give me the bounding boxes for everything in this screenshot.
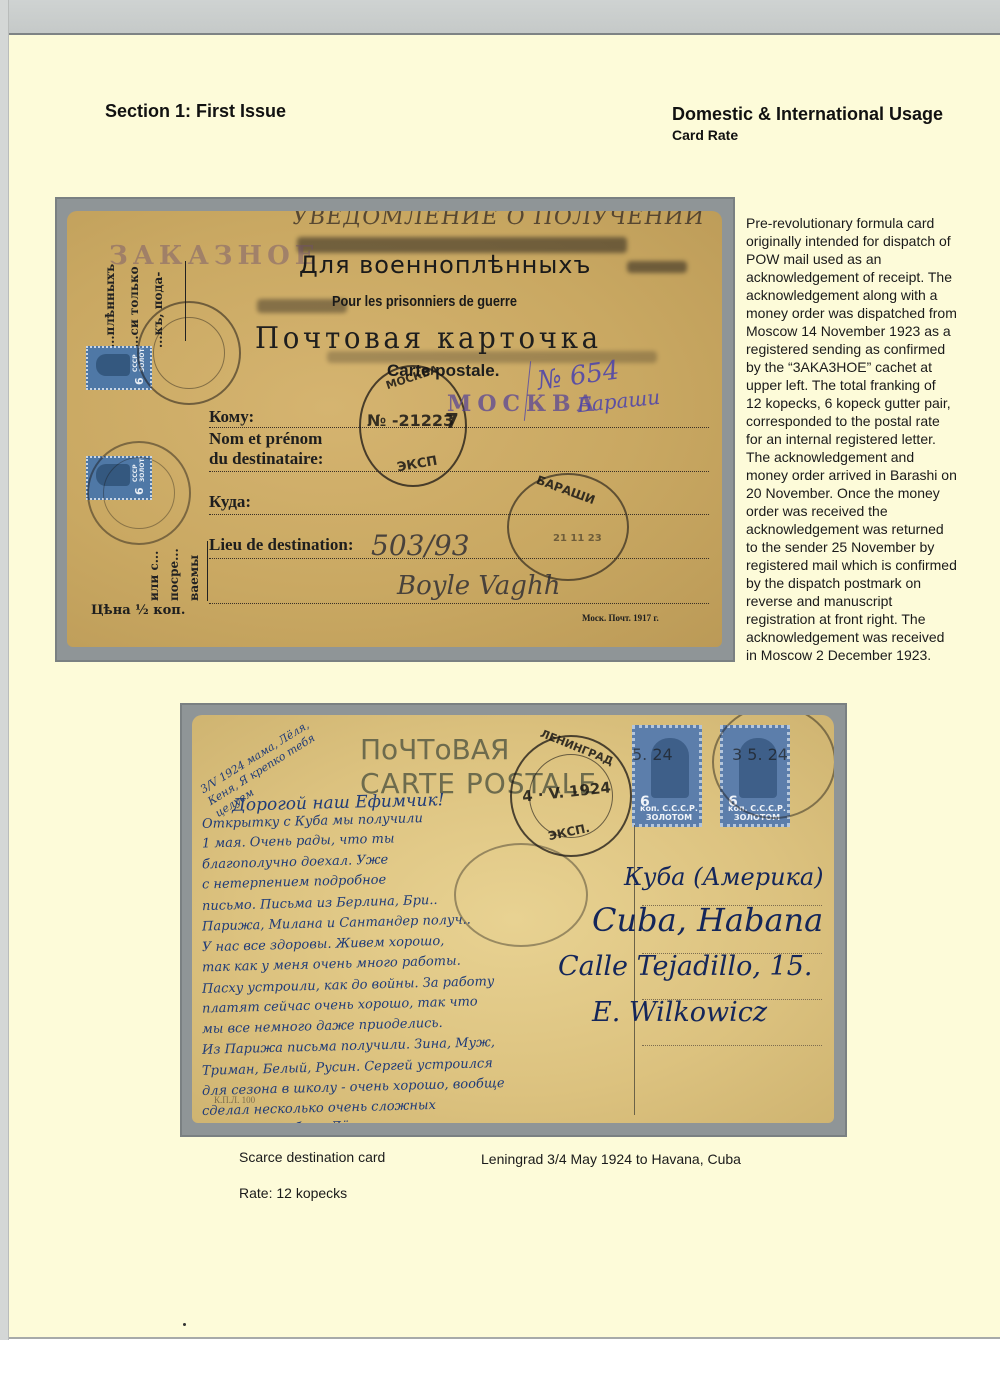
- card1-mount: УВЕДОМЛЕНИЕ О ПОЛУЧЕНИИ ЗАКАЗНОЕ ...плѣн…: [55, 197, 735, 662]
- field-dest: du destinataire:: [209, 449, 323, 469]
- address-line: [642, 1045, 822, 1046]
- card-title-ru: Почтовая карточка: [255, 321, 602, 356]
- description-line: reverse and manuscript: [746, 592, 982, 610]
- description-line: corresponded to the postal rate: [746, 412, 982, 430]
- description-line: registration at front right. The: [746, 610, 982, 628]
- description-line: in Moscow 2 December 1923.: [746, 646, 982, 664]
- field-komu: Кому:: [209, 407, 254, 427]
- overprint-text: УВЕДОМЛЕНИЕ О ПОЛУЧЕНИИ: [290, 211, 706, 230]
- address-line-text: Cuba, Habana: [592, 901, 823, 939]
- address-line-text: E. Wilkowicz: [592, 997, 767, 1028]
- description-line: to the sender 25 November by: [746, 538, 982, 556]
- manuscript-signature: Boyle Vaghh: [397, 571, 560, 601]
- vertical-text: или с...: [147, 541, 161, 601]
- description-line: order was received the: [746, 502, 982, 520]
- letter-line: мы все немного даже приоделись.: [202, 1015, 443, 1036]
- field-line: [209, 603, 709, 604]
- worker-figure-icon: [96, 354, 130, 376]
- address-line-text: Calle Tejadillo, 15.: [558, 951, 813, 982]
- page-speck: [183, 1323, 186, 1326]
- card2-mount: ПоЧТоВАЯ CARTE POSTALE 6 коп. С.С.С.Р. З…: [180, 703, 847, 1137]
- postmark-date: 21 11 23: [553, 533, 602, 544]
- letter-line: благополучно доехал. Уже: [202, 852, 389, 872]
- letter-line: Триман, Белый, Русин. Сергей устроился: [202, 1056, 493, 1079]
- description-line: registered sending as confirmed: [746, 340, 982, 358]
- description-line: 12 kopecks, 6 kopeck gutter pair,: [746, 394, 982, 412]
- heading-fr: Pour les prisonniers de guerre: [332, 293, 517, 310]
- postmark: [454, 843, 588, 947]
- printer-imprint: К.П.Л. 100: [214, 1095, 255, 1105]
- description-line: acknowledgement along with a: [746, 286, 982, 304]
- postmark: [87, 441, 191, 545]
- description-line: 20 November. Once the money: [746, 484, 982, 502]
- field-kuda: Куда:: [209, 492, 251, 512]
- scanner-left-band: [0, 0, 9, 1340]
- vertical-text: ...плѣнныхъ: [103, 253, 117, 348]
- stamp-6-kopeck: 6 коп. С.С.С.Р. ЗОЛОТОМ: [632, 725, 702, 827]
- letter-line: У нас все здоровы. Живем хорошо,: [202, 933, 445, 954]
- letter-line: с нетерпением подробное: [202, 873, 387, 893]
- description-line: upper left. The total franking of: [746, 376, 982, 394]
- field-line: [209, 514, 709, 515]
- printer-imprint: Моск. Почт. 1917 г.: [582, 613, 659, 623]
- letter-line: письмо. Письма из Берлина, Бри..: [202, 892, 438, 913]
- letter-line: и больших работ. Лёля: [202, 1119, 366, 1123]
- field-nom: Nom et prénom: [209, 429, 322, 449]
- description-line: money order was dispatched from: [746, 304, 982, 322]
- usage-title: Domestic & International Usage: [672, 104, 943, 125]
- letter-line: Парижа, Милана и Сантандер получ..: [202, 912, 471, 934]
- address-line-text: Куба (Америка): [624, 863, 824, 891]
- card-price: Цѣна ½ коп.: [91, 603, 185, 618]
- description-line: The acknowledgement and: [746, 448, 982, 466]
- card-title-ru: ПоЧТоВАЯ: [360, 733, 509, 766]
- postmark-date: № -21223: [367, 411, 454, 430]
- section-title: Section 1: First Issue: [105, 101, 286, 122]
- letter-line: так как у меня очень много работы.: [202, 954, 461, 976]
- manuscript-number: 503/93: [371, 529, 470, 562]
- letter-line: 1 мая. Очень рады, что ты: [202, 831, 395, 851]
- letter-line: Пасху устроили, как до войны. За работу: [202, 974, 495, 997]
- description-line: registered mail which is confirmed: [746, 556, 982, 574]
- caption-left: Scarce destination card: [239, 1149, 385, 1165]
- postmark: [137, 301, 241, 405]
- description-line: money order arrived in Barashi on: [746, 466, 982, 484]
- caption-right: Leningrad 3/4 May 1924 to Havana, Cuba: [481, 1151, 741, 1167]
- heading-ru: Для военноплѣнныхъ: [299, 251, 591, 279]
- description-line: acknowledgement of receipt. The: [746, 268, 982, 286]
- description-line: Moscow 14 November 1923 as a: [746, 322, 982, 340]
- description-line: acknowledgement was received: [746, 628, 982, 646]
- pow-postcard: УВЕДОМЛЕНИЕ О ПОЛУЧЕНИИ ЗАКАЗНОЕ ...плѣн…: [67, 211, 722, 647]
- usage-subtitle: Card Rate: [672, 127, 738, 143]
- description-line: by the “3AKA3HOE” cachet at: [746, 358, 982, 376]
- scanner-top-band: [0, 0, 1000, 34]
- divider-line: [207, 541, 208, 601]
- description-line: acknowledgement was returned: [746, 520, 982, 538]
- vertical-text: посре...: [167, 541, 181, 601]
- description-line: originally intended for dispatch of: [746, 232, 982, 250]
- vertical-text: ваемы: [187, 541, 201, 601]
- description-line: Pre-revolutionary formula card: [746, 214, 982, 232]
- leningrad-postcard: ПоЧТоВАЯ CARTE POSTALE 6 коп. С.С.С.Р. З…: [192, 715, 834, 1123]
- caption-rate: Rate: 12 kopecks: [239, 1185, 347, 1201]
- description-line: by the dispatch postmark on: [746, 574, 982, 592]
- description-line: for an internal registered letter.: [746, 430, 982, 448]
- obliteration-bar: [627, 261, 687, 273]
- stamp-cancel: 5. 24: [632, 745, 673, 764]
- description-line: POW mail used as an: [746, 250, 982, 268]
- field-lieu: Lieu de destination:: [209, 535, 354, 555]
- field-line: [209, 471, 709, 472]
- letter-line: платят сейчас очень хорошо, так что: [202, 994, 478, 1016]
- vertical-text: ...си только: [127, 253, 141, 348]
- letter-line: Из Парижа письма получили. Зина, Муж,: [202, 1035, 495, 1058]
- description-text: Pre-revolutionary formula cardoriginally…: [746, 214, 982, 664]
